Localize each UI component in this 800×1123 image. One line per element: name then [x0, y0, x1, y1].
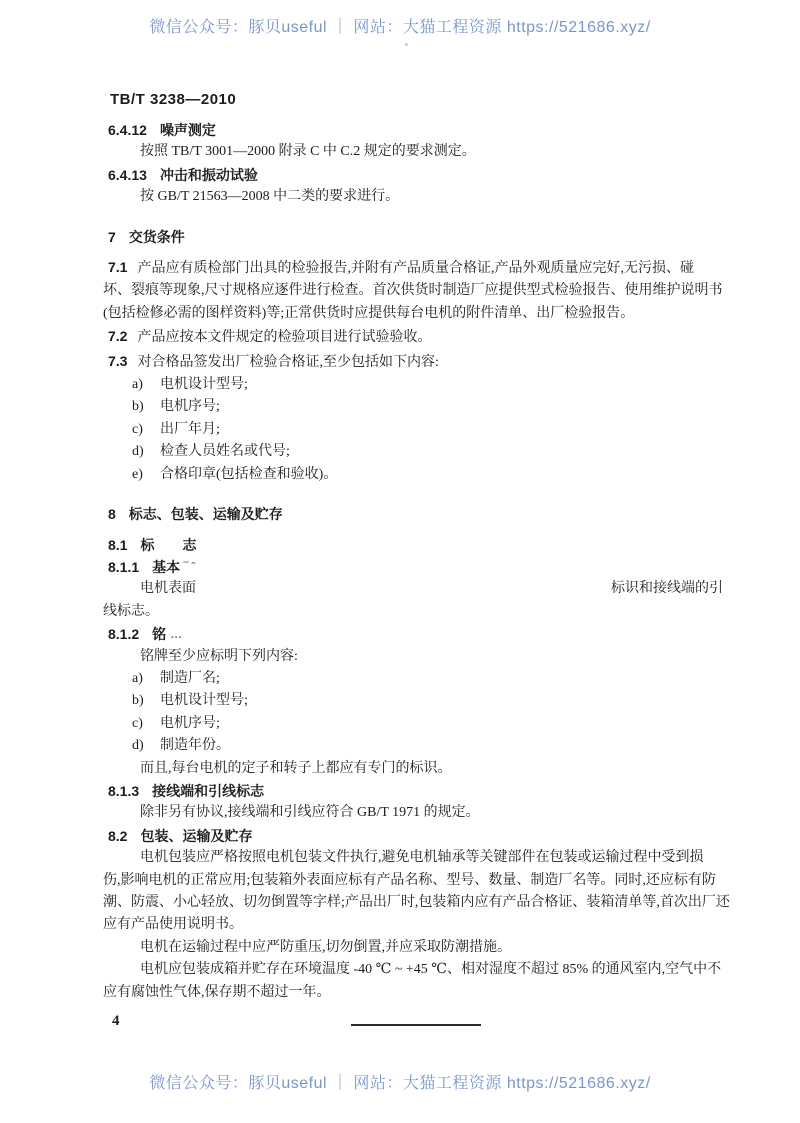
subsection-heading-erased: 8.1.2铭… [103, 623, 723, 645]
list-item: d)检查人员姓名或代号; [103, 441, 723, 463]
list-item: a)电机设计型号; [103, 374, 723, 396]
list-item: c)电机序号; [103, 713, 723, 735]
subsection-heading: 8.1.3接线端和引线标志 [103, 780, 723, 802]
subsection-heading: 6.4.12噪声测定 [103, 119, 723, 141]
paragraph-line: 而且,每台电机的定子和转子上都应有专门的标识。 [103, 758, 723, 780]
clause-line: 7.2产品应按本文件规定的检验项目进行试验验收。 [103, 325, 723, 349]
paragraph-line: 电机应包装成箱并贮存在环境温度 -40 ℃ ~ +45 ℃、相对湿度不超过 85… [103, 959, 723, 981]
watermark-header: 微信公众号：豚贝useful ｜ 网站：大猫工程资源 https://52168… [0, 14, 800, 37]
paragraph-line: 电机包装应严格按照电机包装文件执行,避免电机轴承等关键部件在包装或运输过程中受到… [103, 847, 723, 869]
subsection-heading: 8.2包装、运输及贮存 [103, 825, 723, 847]
subsection-heading: 8.1标 志 [103, 534, 723, 556]
clause-line: 7.1产品应有质检部门出具的检验报告,并附有产品质量合格证,产品外观质量应完好,… [103, 256, 723, 280]
standard-number-header: TB/T 3238—2010 [110, 91, 236, 108]
list-item: d)制造年份。 [103, 735, 723, 757]
section-heading: 8标志、包装、运输及贮存 [103, 503, 723, 525]
document-body: 6.4.12噪声测定按照 TB/T 3001—2000 附录 C 中 C.2 规… [103, 119, 723, 1026]
paragraph-line-erased-middle: 电机表面标识和接线端的引 [103, 578, 723, 600]
list-item: c)出厂年月; [103, 419, 723, 441]
list-item: b)电机序号; [103, 396, 723, 418]
paragraph-line: 除非另有协议,接线端和引线应符合 GB/T 1971 的规定。 [103, 802, 723, 824]
scanned-document-page: 微信公众号：豚贝useful ｜ 网站：大猫工程资源 https://52168… [0, 0, 800, 1123]
paragraph-line: (包括检修必需的图样资料)等;正常供货时应提供每台电机的附件清单、出厂检验报告。 [103, 303, 723, 325]
paragraph-line: 潮、防震、小心轻放、切勿倒置等字样;产品出厂时,包装箱内应有产品合格证、装箱清单… [103, 892, 723, 914]
paragraph-line: 坏、裂痕等现象,尺寸规格应逐件进行检查。首次供货时制造厂应提供型式检验报告、使用… [103, 280, 723, 302]
paragraph-line: 电机在运输过程中应严防重压,切勿倒置,并应采取防潮措施。 [103, 937, 723, 959]
clause-line: 7.3对合格品签发出厂检验合格证,至少包括如下内容: [103, 350, 723, 374]
list-item: b)电机设计型号; [103, 690, 723, 712]
subsection-heading-erased: 8.1.1基本‾ˆ [103, 556, 723, 578]
subsection-heading: 6.4.13冲击和振动试验 [103, 164, 723, 186]
section-heading: 7交货条件 [103, 226, 723, 248]
list-item: e)合格印章(包括检查和验收)。 [103, 464, 723, 486]
paragraph-line: 按 GB/T 21563—2008 中二类的要求进行。 [103, 186, 723, 208]
paragraph-line: 铭牌至少应标明下列内容: [103, 646, 723, 668]
paragraph-line: 线标志。 [103, 601, 723, 623]
paragraph-line: 伤,影响电机的正常应用;包装箱外表面应标有产品名称、型号、数量、制造厂名等。同时… [103, 870, 723, 892]
paragraph-line: 应有腐蚀性气体,保存期不超过一年。 [103, 982, 723, 1004]
list-item: a)制造厂名; [103, 668, 723, 690]
page-number: 4 [112, 1013, 120, 1030]
end-of-text-divider [351, 1024, 481, 1026]
paragraph-line: 按照 TB/T 3001—2000 附录 C 中 C.2 规定的要求测定。 [103, 141, 723, 163]
scan-artifact-dot [405, 43, 408, 46]
paragraph-line: 应有产品使用说明书。 [103, 914, 723, 936]
watermark-footer: 微信公众号：豚贝useful ｜ 网站：大猫工程资源 https://52168… [0, 1070, 800, 1093]
